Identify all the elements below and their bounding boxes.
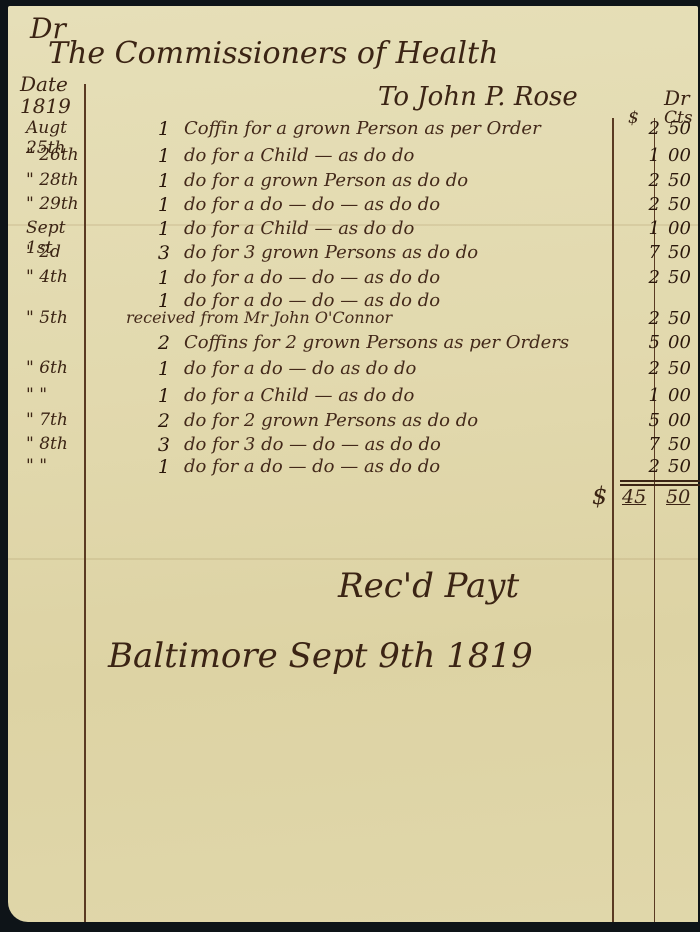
entry-date: " 2d [26,242,96,262]
date-header: Date [20,72,68,96]
entry-cents: 50 [668,267,698,288]
entry-desc: do for a Child — as do do [184,218,614,239]
total-dollars: 45 [622,486,646,508]
invoice-paper: Dr The Commissioners of Health To John P… [8,6,698,922]
entry-cents: 00 [668,218,698,239]
entry-cents: 00 [668,145,698,166]
entry-desc: received from Mr John O'Connor [126,308,556,327]
entry-qty: 1 [120,385,170,407]
entry-qty: 1 [120,145,170,167]
ledger-row: " 29th 1 do for a do — do — as do do 2 5… [8,194,698,220]
entry-desc: Coffin for a grown Person as per Order [184,118,614,139]
entry-qty: 2 [120,410,170,432]
entry-qty: 2 [120,332,170,354]
ledger-row: " " 1 do for a Child — as do do 1 00 [8,385,698,411]
ledger-row: " 5th received from Mr John O'Connor 2 5… [8,308,698,334]
creditor-line: To John P. Rose [378,82,578,112]
entry-date: " 5th [26,308,96,328]
entry-qty: 1 [120,170,170,192]
creditor-marker: Dr [664,86,690,110]
entry-date: " 28th [26,170,96,190]
entry-cents: 50 [668,308,698,329]
place-date-line: Baltimore Sept 9th 1819 [108,636,533,676]
entry-date: " 4th [26,267,96,287]
entry-desc: Coffins for 2 grown Persons as per Order… [184,332,614,353]
receipt-signature: Rec'd Payt [338,566,519,606]
entry-desc: do for a grown Person as do do [184,170,614,191]
addressee-heading: The Commissioners of Health [48,36,498,71]
entry-qty: 3 [120,242,170,264]
entry-dollars: 1 [626,385,660,406]
entry-qty: 1 [120,218,170,240]
entry-desc: do for 3 do — do — as do do [184,434,614,455]
entry-date: " " [26,456,96,476]
entry-cents: 00 [668,385,698,406]
entry-cents: 50 [668,118,698,139]
ledger-row: " 28th 1 do for a grown Person as do do … [8,170,698,196]
entry-date: " 29th [26,194,96,214]
ledger-row: Augt 25th 1 Coffin for a grown Person as… [8,118,698,144]
entry-qty: 1 [120,267,170,289]
entry-qty: 1 [120,456,170,478]
entry-date: " 26th [26,145,96,165]
entry-desc: do for a do — do — as do do [184,456,614,477]
entry-dollars: 5 [626,410,660,431]
total-cents: 50 [666,486,690,508]
ledger-row: " 2d 3 do for 3 grown Persons as do do 7… [8,242,698,268]
entry-cents: 50 [668,242,698,263]
entry-dollars: 7 [626,242,660,263]
total-rule [620,480,700,482]
entry-cents: 50 [668,358,698,379]
entry-desc: do for 2 grown Persons as do do [184,410,614,431]
entry-dollars: 2 [626,170,660,191]
entry-cents: 00 [668,410,698,431]
ledger-row: 2 Coffins for 2 grown Persons as per Ord… [8,332,698,358]
entry-date: " 6th [26,358,96,378]
entry-date: " 7th [26,410,96,430]
entry-qty: 1 [120,358,170,380]
entry-dollars: 2 [626,456,660,477]
entry-dollars: 2 [626,194,660,215]
entry-dollars: 2 [626,308,660,329]
entry-qty: 3 [120,434,170,456]
entry-cents: 50 [668,170,698,191]
entry-dollars: 1 [626,218,660,239]
ledger-row: " 6th 1 do for a do — do as do do 2 50 [8,358,698,384]
entry-desc: do for a Child — as do do [184,385,614,406]
entry-date: " 8th [26,434,96,454]
entry-desc: do for a do — do as do do [184,358,614,379]
entry-desc: do for a Child — as do do [184,145,614,166]
ledger-row: Sept 1st 1 do for a Child — as do do 1 0… [8,218,698,244]
entry-desc: do for a do — do — as do do [184,267,614,288]
entry-dollars: 7 [626,434,660,455]
entry-dollars: 2 [626,358,660,379]
entry-date: " " [26,385,96,405]
ledger-row: " 26th 1 do for a Child — as do do 1 00 [8,145,698,171]
entry-dollars: 2 [626,118,660,139]
entry-dollars: 1 [626,145,660,166]
entry-desc: do for 3 grown Persons as do do [184,242,614,263]
entry-qty: 1 [120,118,170,140]
ledger-row: " " 1 do for a do — do — as do do 2 50 [8,456,698,482]
entry-cents: 50 [668,194,698,215]
entry-dollars: 5 [626,332,660,353]
total-dollar-sign: $ [592,482,607,510]
year-label: 1819 [20,94,71,118]
entry-dollars: 2 [626,267,660,288]
fold-crease [8,558,698,560]
entry-cents: 50 [668,456,698,477]
entry-cents: 50 [668,434,698,455]
entry-qty: 1 [120,194,170,216]
entry-desc: do for a do — do — as do do [184,194,614,215]
ledger-row: " 7th 2 do for 2 grown Persons as do do … [8,410,698,436]
entry-cents: 00 [668,332,698,353]
